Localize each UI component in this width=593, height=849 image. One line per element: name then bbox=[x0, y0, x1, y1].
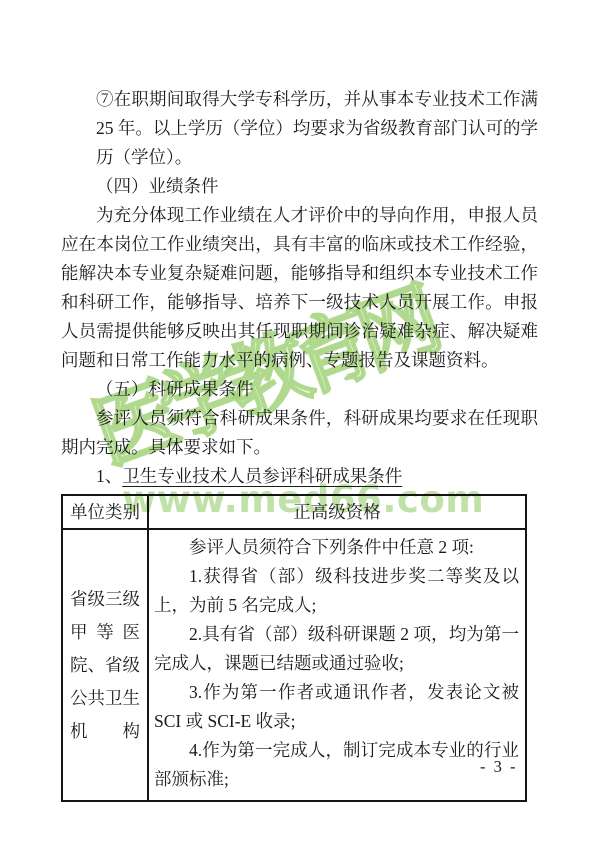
section-4-heading: （四）业绩条件 bbox=[61, 172, 538, 201]
table-header-unit-category: 单位类别 bbox=[62, 495, 148, 529]
criteria-intro: 参评人员须符合下列条件中任意 2 项: bbox=[154, 533, 519, 562]
list-item-1-number: 1、 bbox=[96, 466, 122, 486]
table-header-row: 单位类别 正高级资格 bbox=[62, 495, 526, 529]
research-criteria-table: 单位类别 正高级资格 省级三级甲等医院、省级公共卫生机构 参评人员须符合下列条件… bbox=[61, 494, 527, 802]
list-item-1-heading: 1、卫生专业技术人员参评科研成果条件 bbox=[61, 462, 538, 491]
table-header-senior-qualification: 正高级资格 bbox=[148, 495, 526, 529]
document-body: ⑦在职期间取得大学专科学历，并从事本专业技术工作满 25 年。以上学历（学位）均… bbox=[61, 85, 538, 802]
unit-category-cell: 省级三级甲等医院、省级公共卫生机构 bbox=[62, 529, 148, 801]
document-page: 医学教育网 www.med66.com ⑦在职期间取得大学专科学历，并从事本专业… bbox=[0, 0, 593, 849]
table-row: 省级三级甲等医院、省级公共卫生机构 参评人员须符合下列条件中任意 2 项: 1.… bbox=[62, 529, 526, 801]
page-number: - 3 - bbox=[480, 757, 518, 777]
research-requirement-paragraph: 参评人员须符合科研成果条件，科研成果均要求在任现职期内完成。具体要求如下。 bbox=[61, 404, 538, 462]
clause-7-education-requirement: ⑦在职期间取得大学专科学历，并从事本专业技术工作满 25 年。以上学历（学位）均… bbox=[61, 85, 538, 172]
performance-requirement-paragraph: 为充分体现工作业绩在人才评价中的导向作用，申报人员应在本岗位工作业绩突出，具有丰… bbox=[61, 201, 538, 375]
criteria-item-3: 3.作为第一作者或通讯作者，发表论文被 SCI 或 SCI-E 收录; bbox=[154, 678, 519, 736]
criteria-item-1: 1.获得省（部）级科技进步奖二等奖及以上，为前 5 名完成人; bbox=[154, 562, 519, 620]
section-5-heading: （五）科研成果条件 bbox=[61, 375, 538, 404]
list-item-1-title: 卫生专业技术人员参评科研成果条件 bbox=[122, 466, 402, 486]
qualification-detail-cell: 参评人员须符合下列条件中任意 2 项: 1.获得省（部）级科技进步奖二等奖及以上… bbox=[148, 529, 526, 801]
criteria-item-2: 2.具有省（部）级科研课题 2 项，均为第一完成人，课题已结题或通过验收; bbox=[154, 620, 519, 678]
criteria-item-4: 4.作为第一完成人，制订完成本专业的行业部颁标准; bbox=[154, 736, 519, 794]
